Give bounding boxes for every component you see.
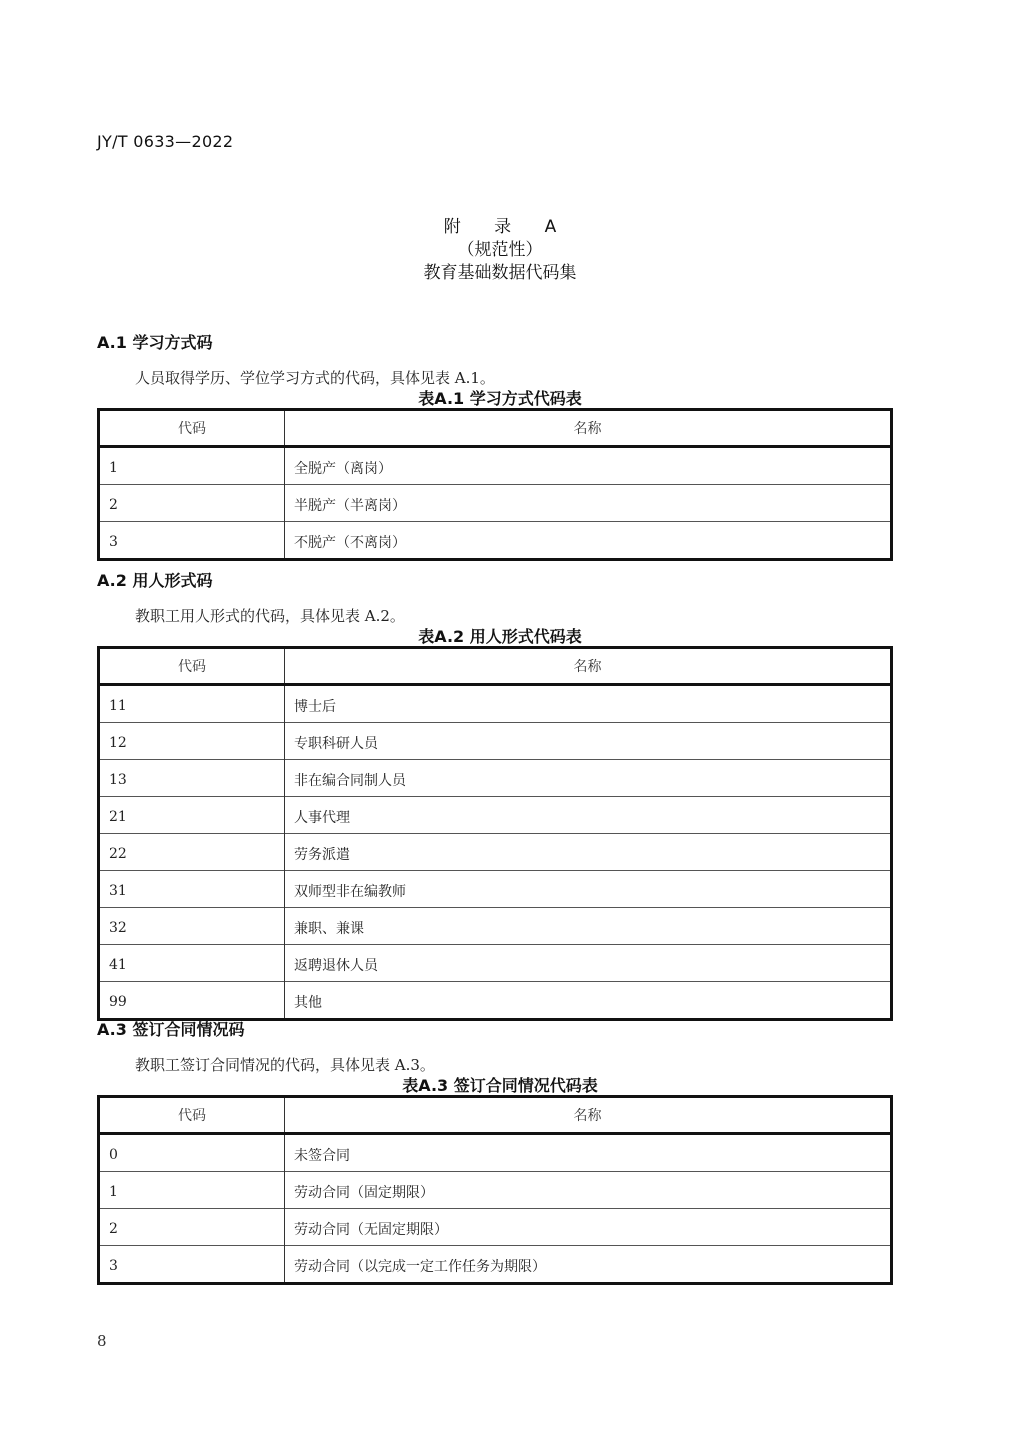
table-row: 32兼职、兼课	[99, 908, 892, 945]
code-cell: 1	[99, 447, 285, 485]
table-header-row: 代码 名称	[99, 410, 892, 447]
name-cell: 专职科研人员	[285, 723, 892, 760]
code-cell: 41	[99, 945, 285, 982]
name-cell: 劳务派遣	[285, 834, 892, 871]
section-a1: A.1 学习方式码 人员取得学历、学位学习方式的代码，具体见表 A.1。 表A.…	[97, 332, 893, 561]
column-header-code: 代码	[99, 648, 285, 685]
section-title: A.2 用人形式码	[97, 570, 893, 592]
code-cell: 31	[99, 871, 285, 908]
name-cell: 其他	[285, 982, 892, 1020]
name-cell: 不脱产（不离岗）	[285, 522, 892, 560]
name-cell: 劳动合同（以完成一定工作任务为期限）	[285, 1246, 892, 1284]
appendix-subtitle: 教育基础数据代码集	[0, 262, 1000, 285]
column-header-name: 名称	[285, 1097, 892, 1134]
table-row: 3劳动合同（以完成一定工作任务为期限）	[99, 1246, 892, 1284]
appendix-title: 附 录 A	[0, 216, 1000, 239]
section-description: 教职工用人形式的代码，具体见表 A.2。	[97, 604, 893, 628]
table-row: 2劳动合同（无固定期限）	[99, 1209, 892, 1246]
column-header-code: 代码	[99, 410, 285, 447]
standard-code: JY/T 0633—2022	[97, 132, 233, 151]
section-title: A.3 签订合同情况码	[97, 1019, 893, 1041]
name-cell: 劳动合同（无固定期限）	[285, 1209, 892, 1246]
code-cell: 21	[99, 797, 285, 834]
name-cell: 非在编合同制人员	[285, 760, 892, 797]
table-row: 22劳务派遣	[99, 834, 892, 871]
section-title: A.1 学习方式码	[97, 332, 893, 354]
code-table-a1: 代码 名称 1全脱产（离岗） 2半脱产（半离岗） 3不脱产（不离岗）	[97, 408, 893, 561]
table-row: 21人事代理	[99, 797, 892, 834]
page-number: 8	[97, 1332, 107, 1350]
column-header-name: 名称	[285, 410, 892, 447]
code-table-a3: 代码 名称 0未签合同 1劳动合同（固定期限） 2劳动合同（无固定期限） 3劳动…	[97, 1095, 893, 1285]
name-cell: 博士后	[285, 685, 892, 723]
code-cell: 12	[99, 723, 285, 760]
code-cell: 22	[99, 834, 285, 871]
table-row: 1全脱产（离岗）	[99, 447, 892, 485]
name-cell: 兼职、兼课	[285, 908, 892, 945]
table-row: 41返聘退休人员	[99, 945, 892, 982]
table-row: 12专职科研人员	[99, 723, 892, 760]
code-cell: 13	[99, 760, 285, 797]
table-caption: 表A.2 用人形式代码表	[97, 628, 893, 646]
table-row: 13非在编合同制人员	[99, 760, 892, 797]
name-cell: 全脱产（离岗）	[285, 447, 892, 485]
appendix-nature: （规范性）	[0, 239, 1000, 262]
table-row: 1劳动合同（固定期限）	[99, 1172, 892, 1209]
code-cell: 3	[99, 1246, 285, 1284]
name-cell: 人事代理	[285, 797, 892, 834]
name-cell: 劳动合同（固定期限）	[285, 1172, 892, 1209]
table-caption: 表A.1 学习方式代码表	[97, 390, 893, 408]
table-header-row: 代码 名称	[99, 648, 892, 685]
code-cell: 0	[99, 1134, 285, 1172]
appendix-heading: 附 录 A （规范性） 教育基础数据代码集	[0, 216, 1000, 285]
table-row: 3不脱产（不离岗）	[99, 522, 892, 560]
name-cell: 未签合同	[285, 1134, 892, 1172]
code-cell: 3	[99, 522, 285, 560]
table-row: 2半脱产（半离岗）	[99, 485, 892, 522]
table-row: 11博士后	[99, 685, 892, 723]
table-row: 0未签合同	[99, 1134, 892, 1172]
table-row: 99其他	[99, 982, 892, 1020]
code-cell: 11	[99, 685, 285, 723]
column-header-name: 名称	[285, 648, 892, 685]
code-cell: 32	[99, 908, 285, 945]
code-cell: 99	[99, 982, 285, 1020]
table-caption: 表A.3 签订合同情况代码表	[97, 1077, 893, 1095]
code-table-a2: 代码 名称 11博士后 12专职科研人员 13非在编合同制人员 21人事代理 2…	[97, 646, 893, 1021]
name-cell: 返聘退休人员	[285, 945, 892, 982]
section-a3: A.3 签订合同情况码 教职工签订合同情况的代码，具体见表 A.3。 表A.3 …	[97, 1019, 893, 1285]
table-row: 31双师型非在编教师	[99, 871, 892, 908]
section-description: 人员取得学历、学位学习方式的代码，具体见表 A.1。	[97, 366, 893, 390]
section-description: 教职工签订合同情况的代码，具体见表 A.3。	[97, 1053, 893, 1077]
section-a2: A.2 用人形式码 教职工用人形式的代码，具体见表 A.2。 表A.2 用人形式…	[97, 570, 893, 1021]
code-cell: 2	[99, 485, 285, 522]
name-cell: 半脱产（半离岗）	[285, 485, 892, 522]
column-header-code: 代码	[99, 1097, 285, 1134]
name-cell: 双师型非在编教师	[285, 871, 892, 908]
table-header-row: 代码 名称	[99, 1097, 892, 1134]
code-cell: 1	[99, 1172, 285, 1209]
code-cell: 2	[99, 1209, 285, 1246]
